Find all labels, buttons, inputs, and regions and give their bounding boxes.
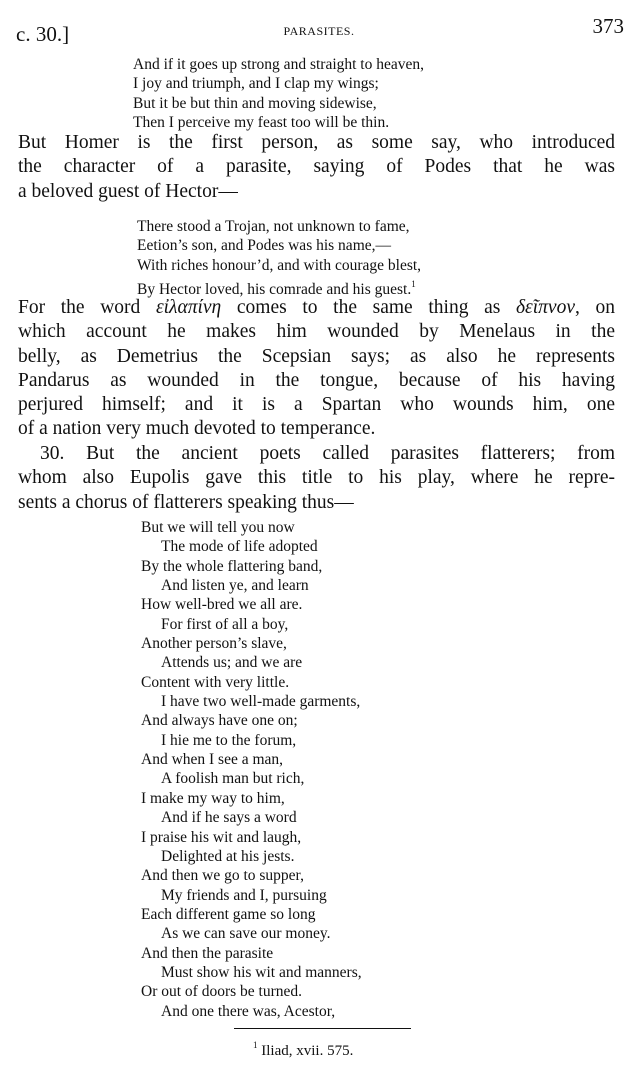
- chorus-line: And then the parasite: [141, 944, 362, 963]
- paragraph-word: For the word εἰλαπίνη comes to the same …: [18, 296, 615, 442]
- verse-line: Then I perceive my feast too will be thi…: [133, 113, 424, 132]
- chorus-line: I praise his wit and laugh,: [141, 828, 362, 847]
- chorus-line: I hie me to the forum,: [141, 731, 362, 750]
- page-number: 373: [593, 14, 625, 39]
- prose-line: sents a chorus of flatterers speaking th…: [18, 491, 615, 515]
- verse-line: I joy and triumph, and I clap my wings;: [133, 74, 424, 93]
- running-title: PARASITES.: [0, 24, 638, 39]
- verse-line: But it be but thin and moving sidewise,: [133, 94, 424, 113]
- footnote-marker: 1: [411, 279, 416, 289]
- prose-line: of a nation very much devoted to tempera…: [18, 417, 615, 441]
- chorus-verse: But we will tell you nowThe mode of life…: [141, 518, 362, 1021]
- prose-line: a beloved guest of Hector—: [18, 180, 615, 204]
- verse-line: Eetion’s son, and Podes was his name,—: [137, 236, 421, 255]
- prose-line: whom also Eupolis gave this title to his…: [18, 466, 615, 490]
- prose-line: belly, as Demetrius the Scepsian says; a…: [18, 345, 615, 369]
- footnote-marker: 1: [253, 1040, 258, 1050]
- chorus-line: But we will tell you now: [141, 518, 362, 537]
- prose-line: perjured himself; and it is a Spartan wh…: [18, 393, 615, 417]
- verse-block-2: There stood a Trojan, not unknown to fam…: [137, 217, 421, 299]
- chorus-line: Attends us; and we are: [141, 653, 362, 672]
- chorus-line: And when I see a man,: [141, 750, 362, 769]
- verse-line: There stood a Trojan, not unknown to fam…: [137, 217, 421, 236]
- prose-line: But Homer is the first person, as some s…: [18, 131, 615, 155]
- prose-line: which account he makes him wounded by Me…: [18, 320, 615, 344]
- greek-word: δεῖπνον: [516, 297, 575, 318]
- chorus-line: How well-bred we all are.: [141, 595, 362, 614]
- chorus-line: I have two well-made garments,: [141, 692, 362, 711]
- greek-word: εἰλαπίνη: [156, 297, 221, 318]
- verse-block-1: And if it goes up strong and straight to…: [133, 55, 424, 132]
- chorus-line: Delighted at his jests.: [141, 847, 362, 866]
- chorus-line: Each different game so long: [141, 905, 362, 924]
- paragraph-section-30: 30. But the ancient poets called parasit…: [18, 442, 615, 515]
- chorus-line: By the whole flattering band,: [141, 557, 362, 576]
- chorus-line: For first of all a boy,: [141, 615, 362, 634]
- prose-line: For the word εἰλαπίνη comes to the same …: [18, 296, 615, 320]
- chorus-line: And one there was, Acestor,: [141, 1002, 362, 1021]
- prose-line: the character of a parasite, saying of P…: [18, 155, 615, 179]
- chorus-line: A foolish man but rich,: [141, 769, 362, 788]
- verse-line: With riches honour’d, and with courage b…: [137, 256, 421, 275]
- chorus-line: The mode of life adopted: [141, 537, 362, 556]
- chorus-line: And always have one on;: [141, 711, 362, 730]
- paragraph-homer: But Homer is the first person, as some s…: [18, 131, 615, 204]
- chorus-line: And listen ye, and learn: [141, 576, 362, 595]
- chorus-line: And if he says a word: [141, 808, 362, 827]
- footnote-rule: [234, 1028, 411, 1029]
- chorus-line: Or out of doors be turned.: [141, 982, 362, 1001]
- chorus-line: I make my way to him,: [141, 789, 362, 808]
- verse-line: And if it goes up strong and straight to…: [133, 55, 424, 74]
- chorus-line: Must show his wit and manners,: [141, 963, 362, 982]
- footnote-text: Iliad, xvii. 575.: [261, 1043, 353, 1059]
- prose-line: Pandarus as wounded in the tongue, becau…: [18, 369, 615, 393]
- chorus-line: Another person’s slave,: [141, 634, 362, 653]
- book-page: c. 30.] PARASITES. 373 And if it goes up…: [0, 0, 638, 1077]
- footnote: 1 Iliad, xvii. 575.: [253, 1040, 353, 1060]
- chorus-line: Content with very little.: [141, 673, 362, 692]
- chorus-line: And then we go to supper,: [141, 866, 362, 885]
- prose-line: 30. But the ancient poets called parasit…: [18, 442, 615, 466]
- chorus-line: As we can save our money.: [141, 924, 362, 943]
- chorus-line: My friends and I, pursuing: [141, 886, 362, 905]
